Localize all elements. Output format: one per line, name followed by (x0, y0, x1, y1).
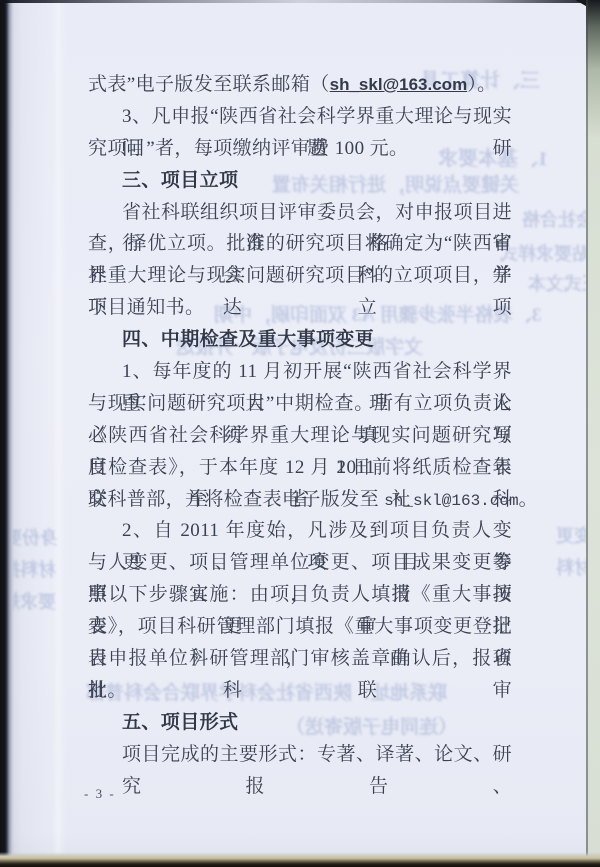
scanned-page: 三、计算工具1、基本要求关键要点说明，进行相关布置会社合格张贴要求样式正式文本3… (0, 0, 600, 867)
text-segment: 。 (519, 489, 538, 510)
scan-edge-bottom (0, 852, 600, 867)
scan-edge-top (0, 0, 600, 3)
text-block: 式表”电子版发至联系邮箱（sh_skl@163.com）。3、凡申报“陕西省社会… (88, 69, 512, 771)
email-address: sh_skl@163.com (330, 75, 468, 94)
text-line: 式表”电子版发至联系邮箱（sh_skl@163.com）。 (88, 69, 512, 101)
text-line: 项目完成的主要形式：专著、译著、论文、研究报告、 (88, 739, 512, 771)
page-number: - 3 - (84, 786, 116, 802)
text-line: 度检查表》，于本年度 12 月 1 日前将纸质检查表交至省社科 (88, 452, 512, 484)
text-line: 1、每年度的 11 月初开展“陕西省社会科学界重大理论 (88, 356, 512, 388)
text-segment: ）。 (467, 74, 496, 95)
text-line: 照以下步骤实施：由项目负责人填报《重大事项变更审批 (88, 579, 512, 611)
text-line: 界重大理论与现实问题研究项目”的立项项目，并下达立项 (88, 260, 512, 292)
bleed-through-text: 张贴要求样式 (500, 240, 600, 266)
text-line: 2、自 2011 年度始，凡涉及到项目负责人变更、项目参 (88, 515, 512, 547)
scan-edge-right (586, 0, 600, 867)
text-line: 《陕西省社会科学界重大理论与现实问题研究项目 2011 年 (88, 420, 512, 452)
text-line: 查，择优立项。批准的研究项目将确定为“陕西省社会科学 (88, 228, 512, 260)
text-line: 与人变更、项目管理单位变更、项目成果变更等事宜，请按 (88, 547, 512, 579)
text-line: 3、凡申报“陕西省社会科学界重大理论与现实问题研 (88, 101, 512, 133)
text-line: 表》，项目科研管理部门填报《重大事项变更登记表》，由项 (88, 611, 512, 643)
text-line: 与现实问题研究项目”中期检查。所有立项负责人必须填写 (88, 388, 512, 420)
text-segment: 式表”电子版发至联系邮箱（ (88, 74, 330, 95)
text-line: 目申报单位科研管理部门审核盖章确认后，报省社科联审 (88, 643, 512, 675)
bleed-through-text: 会社合格 (522, 206, 594, 232)
text-line: 省社科联组织项目评审委员会，对申报项目进行资格审 (88, 197, 512, 229)
email-address: sh_skl@163.com (384, 492, 518, 510)
scan-edge-left (0, 0, 14, 867)
text-line: 联科普部，并将检查表电子版发至 sh_skl@163.com。 (88, 484, 512, 516)
text-segment: 联科普部，并将检查表电子版发至 (88, 489, 384, 510)
